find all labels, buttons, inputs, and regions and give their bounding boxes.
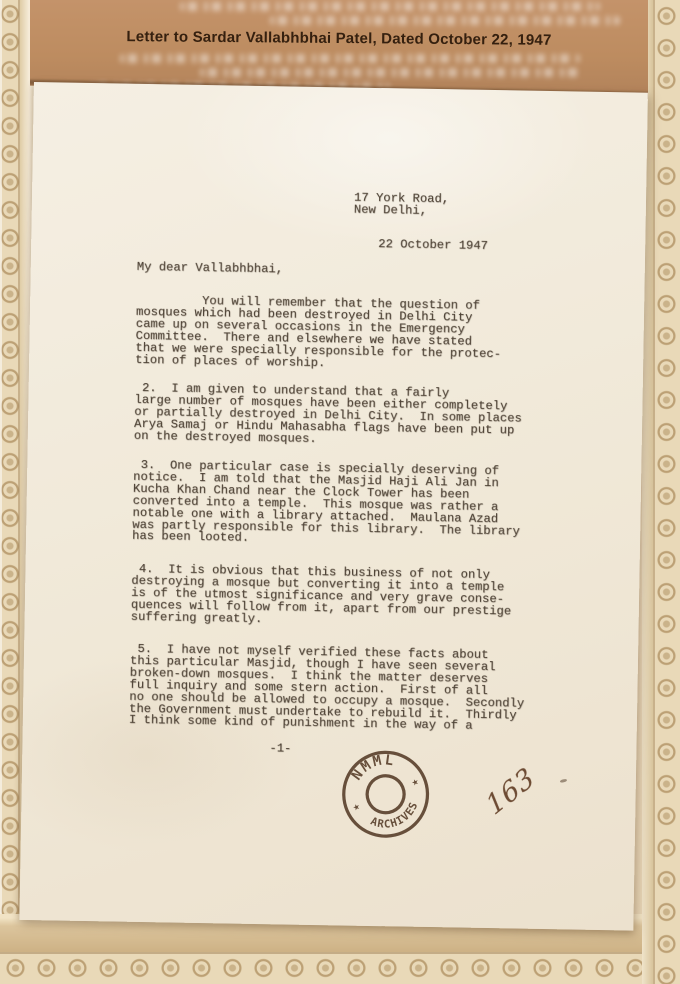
- sender-address: 17 York Road, New Delhi,: [354, 193, 449, 218]
- ghost-text-row: [180, 2, 600, 11]
- svg-text:ARCHIVES: ARCHIVES: [365, 796, 426, 839]
- paragraph-2: 2. I am given to understand that a fairl…: [134, 383, 523, 449]
- paragraph-1: You will remember that the question of m…: [135, 295, 502, 373]
- ghost-text-row: [120, 54, 580, 63]
- framed-letter-photo: Letter to Sardar Vallabhbhai Patel, Date…: [0, 0, 680, 984]
- caption-title: Letter to Sardar Vallabhbhai Patel, Date…: [30, 27, 648, 49]
- paragraph-3: 3. One particular case is specially dese…: [132, 460, 521, 550]
- ghost-text-row: [200, 68, 580, 77]
- stamp-star-right-icon: ★: [410, 776, 421, 788]
- salutation: My dear Vallabhbhai,: [137, 262, 283, 276]
- nmml-archives-stamp-icon: NMML ARCHIVES ★ ★: [327, 735, 445, 853]
- ghost-text-row: [270, 16, 620, 25]
- frame-border-bottom: [0, 952, 680, 984]
- frame-border-right: [653, 0, 680, 984]
- stamp-bottom-label: ARCHIVES: [365, 796, 426, 839]
- stamp-star-left-icon: ★: [351, 801, 362, 813]
- frame-border-left: [0, 0, 20, 984]
- handwritten-folio-number: 163: [481, 762, 540, 822]
- ink-speck: [560, 779, 567, 783]
- paragraph-4: 4. It is obvious that this business of n…: [131, 564, 512, 630]
- letter-date: 22 October 1947: [378, 239, 488, 253]
- page-number: -1-: [269, 743, 291, 755]
- paragraph-5: 5. I have not myself verified these fact…: [129, 644, 525, 734]
- letter-page: 17 York Road, New Delhi, 22 October 1947…: [19, 82, 648, 931]
